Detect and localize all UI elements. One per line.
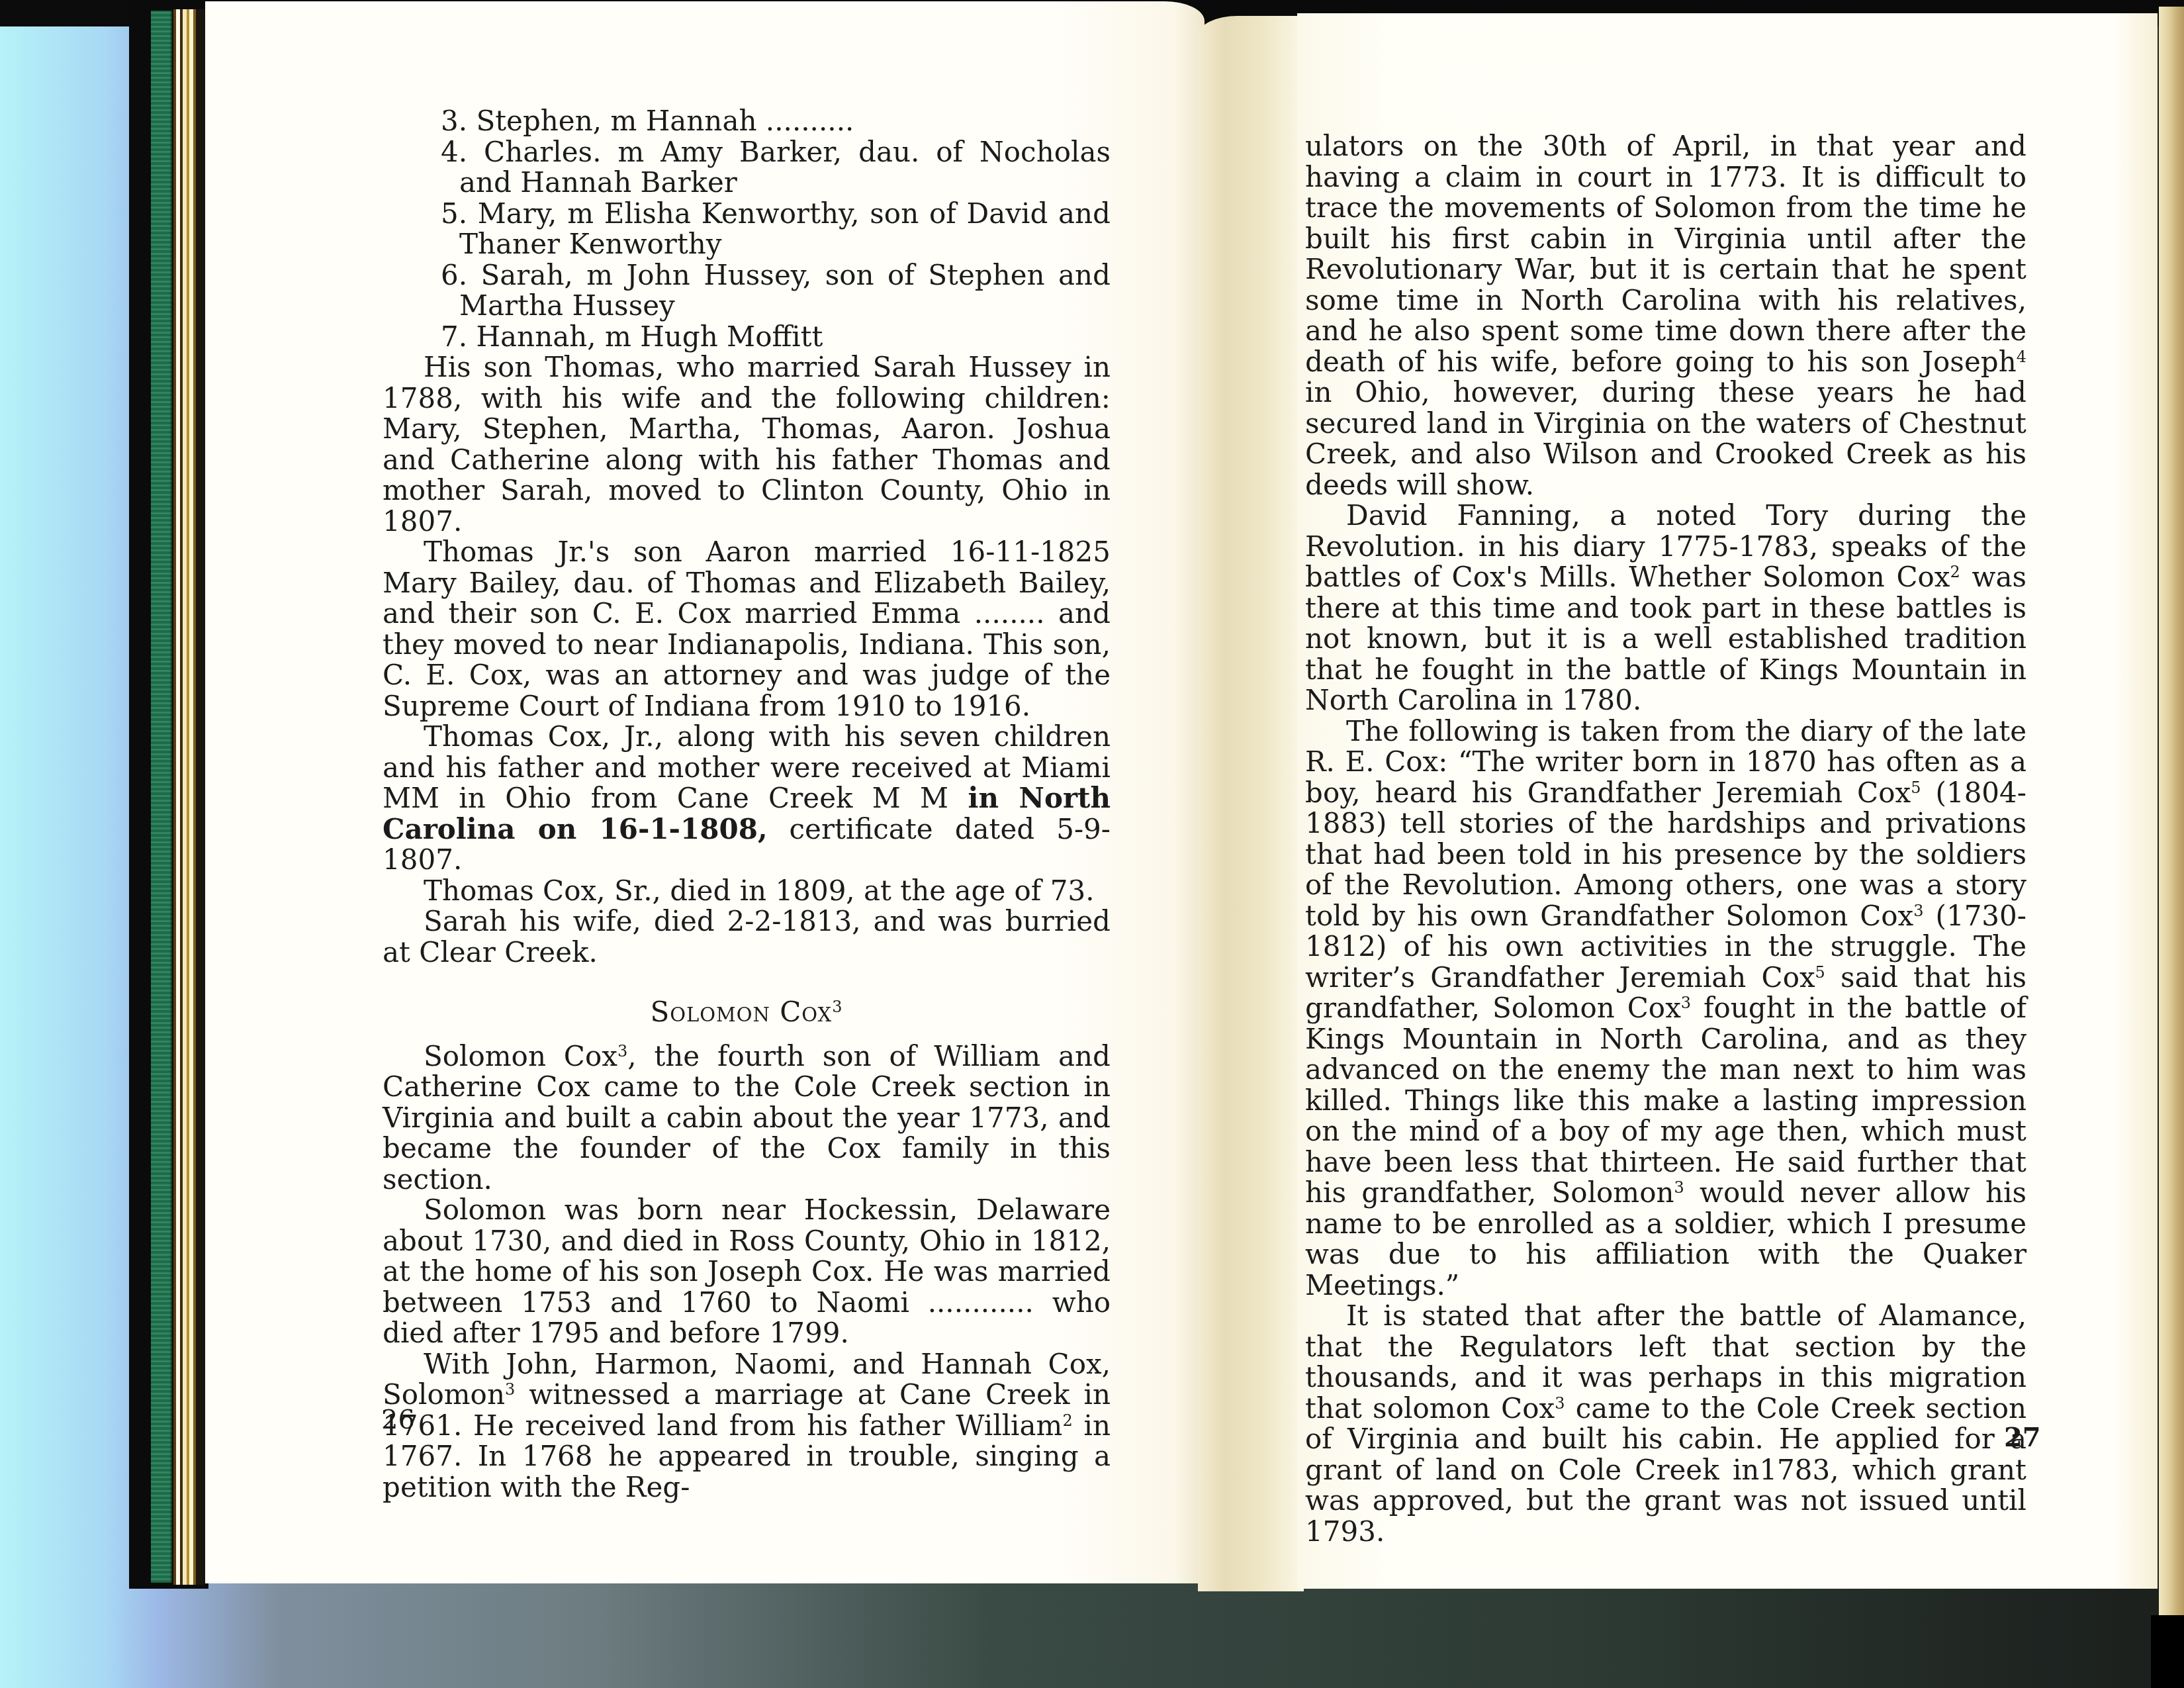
generation-superscript: 3 bbox=[1674, 1178, 1684, 1197]
generation-superscript: 5 bbox=[1815, 963, 1825, 982]
paragraph-diary-quote: The following is taken from the diary of… bbox=[1305, 716, 2026, 1301]
generation-superscript: 2 bbox=[1062, 1411, 1072, 1430]
paragraph: David Fanning, a noted Tory during the R… bbox=[1305, 500, 2026, 716]
generation-superscript: 2 bbox=[1950, 563, 1960, 581]
paragraph: Thomas Jr.'s son Aaron married 16-11-182… bbox=[383, 537, 1111, 722]
text-run: Solomon was born near Hockessin, Delawar… bbox=[383, 1194, 1111, 1349]
paragraph-cox-jr: Thomas Cox, Jr., along with his seven ch… bbox=[383, 722, 1111, 876]
book-gutter bbox=[1198, 16, 1304, 1591]
generation-superscript: 3 bbox=[617, 1042, 627, 1060]
list-item: 6. Sarah, m John Hussey, son of Stephen … bbox=[383, 260, 1111, 322]
section-heading: Solomon Cox3 bbox=[383, 997, 1111, 1028]
scanner-corner-shadow-bottom bbox=[2151, 1615, 2184, 1688]
generation-superscript: 3 bbox=[1681, 994, 1691, 1012]
generation-superscript: 5 bbox=[1911, 778, 1921, 797]
text-run: in Ohio, however, during these years he … bbox=[1305, 376, 2026, 501]
paragraph: ulators on the 30th of April, in that ye… bbox=[1305, 131, 2026, 500]
text-run: ulators on the 30th of April, in that ye… bbox=[1305, 130, 2026, 378]
generation-superscript: 3 bbox=[1913, 902, 1923, 920]
text-run: Solomon Cox bbox=[424, 1040, 617, 1072]
list-item: 4. Charles. m Amy Barker, dau. of Nochol… bbox=[383, 137, 1111, 199]
list-item: 5. Mary, m Elisha Kenworthy, son of Davi… bbox=[383, 199, 1111, 260]
paragraph: Solomon was born near Hockessin, Delawar… bbox=[383, 1195, 1111, 1349]
paragraph: Solomon Cox3, the fourth son of William … bbox=[383, 1041, 1111, 1196]
paragraph: Sarah his wife, died 2-2-1813, and was b… bbox=[383, 906, 1111, 968]
paragraph: His son Thomas, who married Sarah Hussey… bbox=[383, 352, 1111, 537]
page-number-right: 27 bbox=[2004, 1422, 2041, 1453]
paragraph: With John, Harmon, Naomi, and Hannah Cox… bbox=[383, 1349, 1111, 1503]
generation-superscript: 3 bbox=[505, 1380, 515, 1399]
right-page-text: ulators on the 30th of April, in that ye… bbox=[1305, 131, 2026, 1547]
generation-superscript: 3 bbox=[1555, 1394, 1565, 1413]
text-run: David Fanning, a noted Tory during the R… bbox=[1305, 499, 2026, 593]
paragraph: Thomas Cox, Sr., died in 1809, at the ag… bbox=[383, 876, 1111, 907]
list-item: 3. Stephen, m Hannah .......... bbox=[383, 106, 1111, 137]
left-page-text: 3. Stephen, m Hannah .......... 4. Charl… bbox=[383, 106, 1111, 1503]
page-block-edges bbox=[173, 9, 205, 1585]
heading-text: Solomon Cox bbox=[650, 996, 832, 1028]
children-list: 3. Stephen, m Hannah .......... 4. Charl… bbox=[383, 106, 1111, 352]
list-item: 7. Hannah, m Hugh Moffitt bbox=[383, 322, 1111, 353]
right-page-edges bbox=[2159, 7, 2184, 1622]
paragraph: It is stated that after the battle of Al… bbox=[1305, 1301, 2026, 1547]
page-number-left: 26 bbox=[381, 1405, 415, 1435]
generation-superscript: 4 bbox=[2017, 348, 2026, 366]
book-spine-cloth bbox=[151, 11, 172, 1583]
heading-superscript: 3 bbox=[832, 998, 842, 1016]
